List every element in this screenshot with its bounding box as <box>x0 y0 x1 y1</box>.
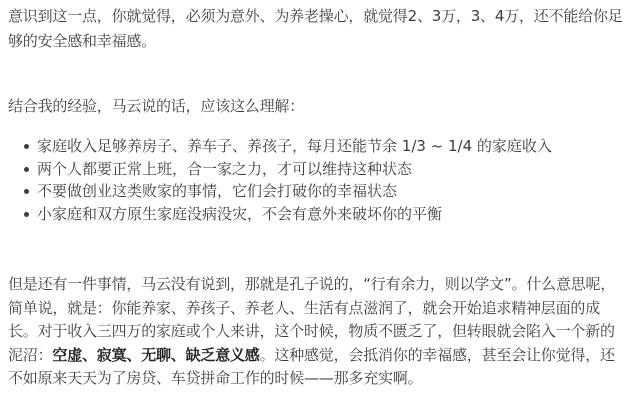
bullet-icon <box>24 167 29 172</box>
list-item: 不要做创业这类败家的事情，它们会打破你的幸福状态 <box>8 180 552 203</box>
list-item: 家庭收入足够养房子、养车子、养孩子，每月还能节余 1/3 ~ 1/4 的家庭收入 <box>8 135 552 158</box>
bullet-list: 家庭收入足够养房子、养车子、养孩子，每月还能节余 1/3 ~ 1/4 的家庭收入… <box>8 135 552 225</box>
list-item-text: 小家庭和双方原生家庭没病没灾，不会有意外来破坏你的平衡 <box>37 205 442 223</box>
list-item-text: 两个人都要正常上班，合一家之力，才可以维持这种状态 <box>37 160 412 178</box>
paragraph-experience-intro: 结合我的经验，马云说的话，应该这么理解： <box>8 94 304 118</box>
paragraph-confucius: 但是还有一件事情，马云没有说到，那就是孔子说的，“行有余力，则以学文”。什么意思… <box>8 273 623 391</box>
emphasis-text: 空虚、寂寞、无聊、缺乏意义感 <box>52 346 259 364</box>
list-item: 两个人都要正常上班，合一家之力，才可以维持这种状态 <box>8 158 552 181</box>
paragraph-anxiety: 意识到这一点，你就觉得，必须为意外、为养老操心，就觉得2、3万，3、4万，还不能… <box>8 4 623 54</box>
list-item: 小家庭和双方原生家庭没病没灾，不会有意外来破坏你的平衡 <box>8 203 552 226</box>
list-item-text: 不要做创业这类败家的事情，它们会打破你的幸福状态 <box>37 182 397 200</box>
list-item-text: 家庭收入足够养房子、养车子、养孩子，每月还能节余 1/3 ~ 1/4 的家庭收入 <box>37 137 552 155</box>
bullet-icon <box>24 212 29 217</box>
bullet-icon <box>24 189 29 194</box>
bullet-icon <box>24 144 29 149</box>
